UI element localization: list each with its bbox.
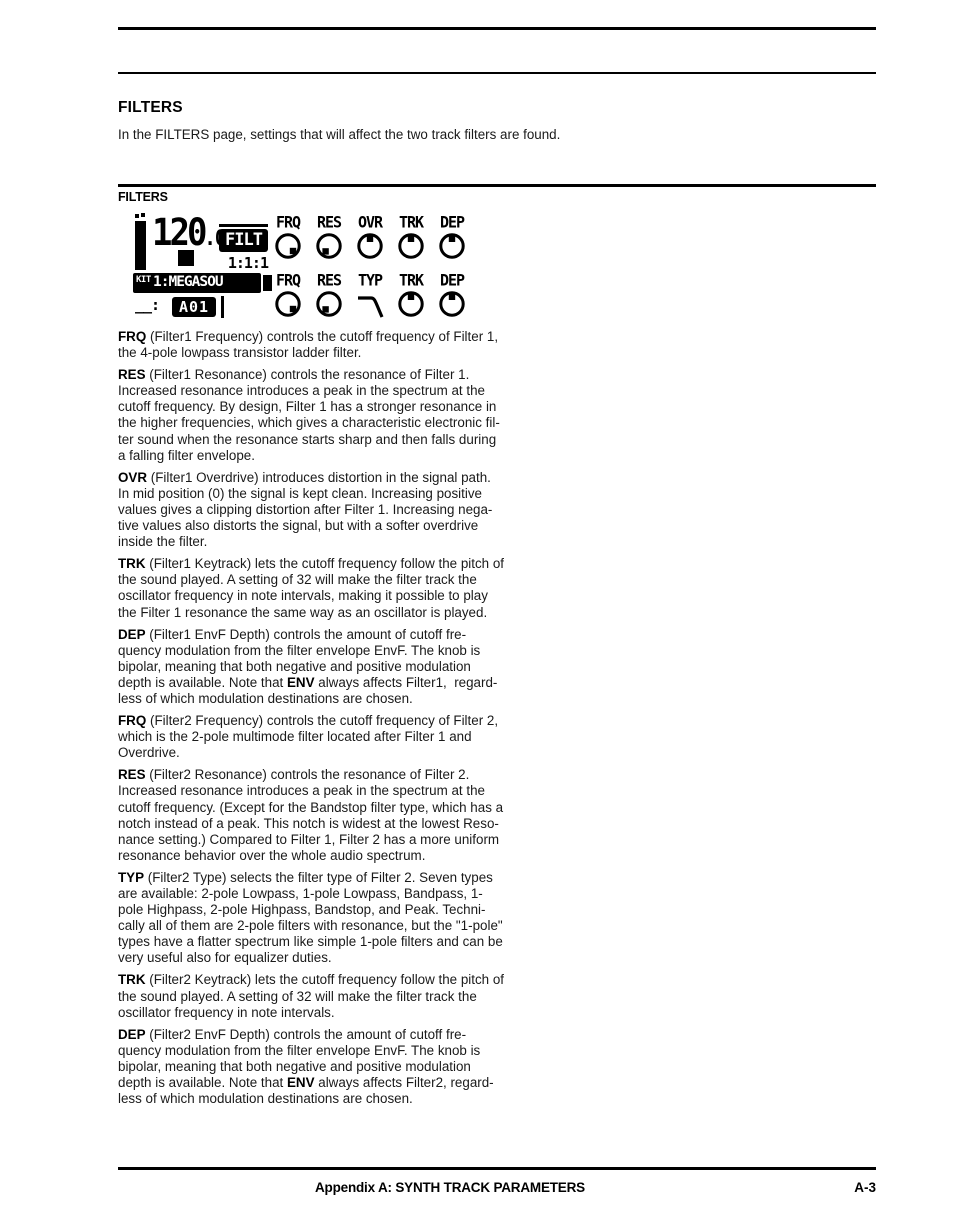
parameter-paragraph: TRK (Filter2 Keytrack) lets the cutoff f…	[118, 972, 598, 1020]
pattern-id: A01	[172, 297, 216, 317]
meter-tick-icon	[141, 213, 145, 217]
level-meter-bar	[135, 221, 146, 270]
section-title: FILTERS	[118, 99, 183, 117]
section-intro: In the FILTERS page, settings that will …	[118, 127, 560, 142]
knob-row-1: FRQRESOVRTRKDEP	[271, 214, 469, 261]
parameter-text: (Filter2 Frequency) controls the cutoff …	[118, 713, 498, 760]
text-cursor	[221, 296, 224, 318]
footer-title: Appendix A: SYNTH TRACK PARAMETERS	[315, 1180, 585, 1195]
parameter-paragraph: DEP (Filter1 EnvF Depth) controls the am…	[118, 627, 598, 707]
parameter-paragraph: FRQ (Filter1 Frequency) controls the cut…	[118, 329, 598, 361]
parameter-paragraph: FRQ (Filter2 Frequency) controls the cut…	[118, 713, 598, 761]
parameter-term: OVR	[118, 470, 147, 485]
manual-page: FILTERS In the FILTERS page, settings th…	[0, 0, 954, 1227]
footer-rule	[118, 1167, 876, 1170]
parameter-text: (Filter2 Resonance) controls the resonan…	[118, 767, 503, 862]
footer-page-number: A-3	[854, 1180, 876, 1195]
lcd-screen: 120.0 FILT 1:1:1 KIT 1:MEGASOU __: A01 F…	[133, 213, 473, 319]
knob-trk: TRK	[394, 214, 428, 261]
parameter-text: (Filter1 Frequency) controls the cutoff …	[118, 329, 498, 360]
kit-name-bar: KIT 1:MEGASOU	[133, 273, 261, 293]
knob-label: OVR	[353, 214, 387, 231]
knob-icon	[355, 231, 385, 261]
stop-icon	[178, 250, 194, 266]
pattern-field-label: __:	[135, 296, 159, 314]
knob-icon	[273, 289, 303, 319]
knob-ovr: OVR	[353, 214, 387, 261]
tempo-value: 120	[152, 211, 204, 255]
knob-res: RES	[312, 272, 346, 319]
parameter-term: DEP	[118, 1027, 146, 1042]
parameter-paragraph: DEP (Filter2 EnvF Depth) controls the am…	[118, 1027, 598, 1107]
knob-icon	[273, 231, 303, 261]
parameter-term: DEP	[118, 627, 146, 642]
parameter-paragraph: TRK (Filter1 Keytrack) lets the cutoff f…	[118, 556, 598, 620]
parameter-paragraph: RES (Filter2 Resonance) controls the res…	[118, 767, 598, 864]
parameter-term: RES	[118, 767, 146, 782]
knob-icon	[437, 231, 467, 261]
knob-typ: TYP	[353, 272, 387, 319]
parameter-paragraph: RES (Filter1 Resonance) controls the res…	[118, 367, 598, 464]
knob-frq: FRQ	[271, 272, 305, 319]
knob-row-2: FRQRESTYPTRKDEP	[271, 272, 469, 319]
knob-label: FRQ	[271, 214, 305, 231]
page-name-overline	[219, 224, 268, 227]
parameter-term: TRK	[118, 556, 146, 571]
figure-top-rule	[118, 184, 876, 187]
parameter-term: FRQ	[118, 329, 146, 344]
parameter-term: TYP	[118, 870, 144, 885]
knob-label: TRK	[394, 214, 428, 231]
knob-icon	[396, 289, 426, 319]
parameter-paragraph: OVR (Filter1 Overdrive) introduces disto…	[118, 470, 598, 550]
knob-icon	[314, 231, 344, 261]
kit-name: 1:MEGASOU	[153, 274, 223, 290]
body-paragraphs: FRQ (Filter1 Frequency) controls the cut…	[118, 329, 598, 1113]
pattern-position: 1:1:1	[219, 254, 268, 272]
tempo-display: 120.0	[152, 211, 225, 255]
parameter-text: (Filter2 Keytrack) lets the cutoff frequ…	[118, 972, 504, 1019]
top-thick-rule	[118, 27, 876, 30]
knob-res: RES	[312, 214, 346, 261]
knob-label: RES	[312, 214, 346, 231]
parameter-term: ENV	[287, 675, 315, 690]
parameter-text: (Filter2 Type) selects the filter type o…	[118, 870, 503, 965]
knob-frq: FRQ	[271, 214, 305, 261]
lcd-page-name: FILT	[219, 229, 268, 252]
knob-label: TYP	[353, 272, 387, 289]
knob-icon	[396, 231, 426, 261]
parameter-text: (Filter1 Overdrive) introduces distortio…	[118, 470, 492, 549]
meter-tick-icon	[135, 214, 139, 218]
parameter-term: TRK	[118, 972, 146, 987]
knob-label: DEP	[435, 214, 469, 231]
parameter-text: (Filter1 Resonance) controls the resonan…	[118, 367, 500, 462]
parameter-term: RES	[118, 367, 146, 382]
parameter-term: FRQ	[118, 713, 146, 728]
figure-label: FILTERS	[118, 189, 168, 204]
top-thin-rule	[118, 72, 876, 74]
kit-prefix-label: KIT	[136, 275, 151, 285]
lowpass-curve-icon	[355, 289, 385, 319]
knob-label: RES	[312, 272, 346, 289]
parameter-term: ENV	[287, 1075, 315, 1090]
parameter-text: (Filter1 Keytrack) lets the cutoff frequ…	[118, 556, 504, 619]
knob-dep: DEP	[435, 272, 469, 319]
knob-dep: DEP	[435, 214, 469, 261]
knob-label: DEP	[435, 272, 469, 289]
knob-icon	[437, 289, 467, 319]
parameter-paragraph: TYP (Filter2 Type) selects the filter ty…	[118, 870, 598, 967]
knob-icon	[314, 289, 344, 319]
knob-label: FRQ	[271, 272, 305, 289]
knob-label: TRK	[394, 272, 428, 289]
knob-trk: TRK	[394, 272, 428, 319]
